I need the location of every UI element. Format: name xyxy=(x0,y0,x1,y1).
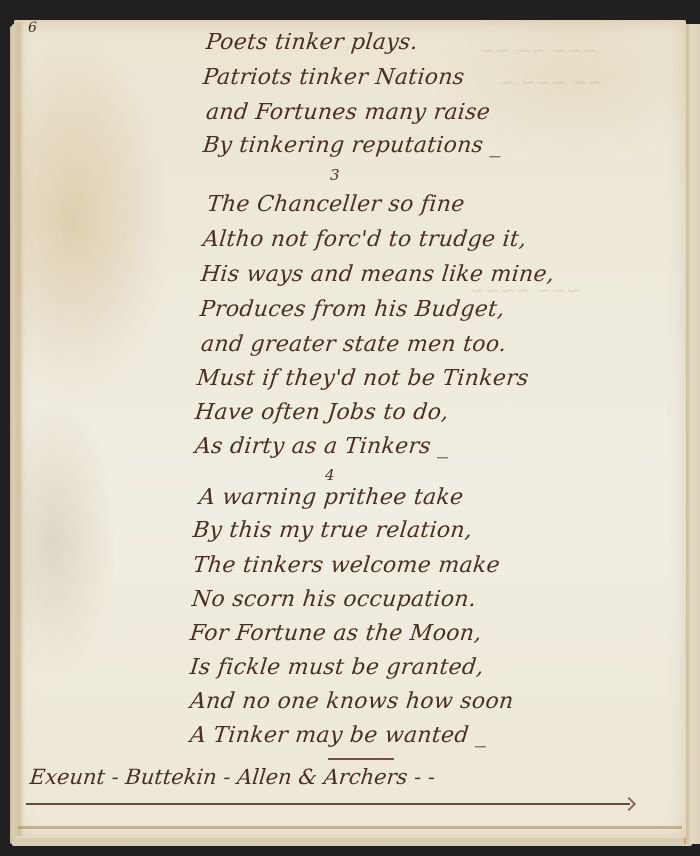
verse-line: The Chanceller so fine xyxy=(206,192,466,217)
verse-line: and Fortunes many raise xyxy=(205,100,492,125)
verse-line: A warning prithee take xyxy=(198,485,465,510)
verse-line: His ways and means like mine, xyxy=(200,262,556,287)
verse-line: And no one knows how soon xyxy=(189,689,515,714)
verse-line: Patriots tinker Nations xyxy=(202,65,466,90)
verse-line: Must if they'd not be Tinkers xyxy=(196,366,530,391)
manuscript-scan: ~~~ ~~ ~~ ~~ ~~~ ~ ~~~ ~~~~ 6 Poets tink… xyxy=(0,0,700,856)
verse-line: The tinkers welcome make xyxy=(192,553,502,578)
page-bottom-edge xyxy=(18,826,682,829)
poem-body: Poets tinker plays. Patriots tinker Nati… xyxy=(0,0,700,856)
verse-line: Altho not forc'd to trudge it, xyxy=(202,227,528,252)
stanza-number: 4 xyxy=(325,466,335,484)
stage-direction: Exeunt - Buttekin - Allen & Archers - - xyxy=(29,765,437,789)
stanza-number: 3 xyxy=(330,166,340,184)
verse-line: Have often Jobs to do, xyxy=(194,400,450,425)
verse-line: No scorn his occupation. xyxy=(191,587,478,612)
verse-line: Is fickle must be granted, xyxy=(189,655,485,680)
verse-line: Poets tinker plays. xyxy=(205,30,419,55)
verse-line: By tinkering reputations _ xyxy=(202,133,504,158)
verse-line: A Tinker may be wanted _ xyxy=(189,723,489,748)
section-end-mark xyxy=(328,758,394,760)
horizontal-rule xyxy=(26,803,630,805)
verse-line: For Fortune as the Moon, xyxy=(189,621,483,646)
verse-line: and greater state men too. xyxy=(200,332,508,357)
verse-line: Produces from his Budget, xyxy=(199,297,506,322)
verse-line: By this my true relation, xyxy=(192,518,474,543)
verse-line: As dirty as a Tinkers _ xyxy=(194,434,451,459)
